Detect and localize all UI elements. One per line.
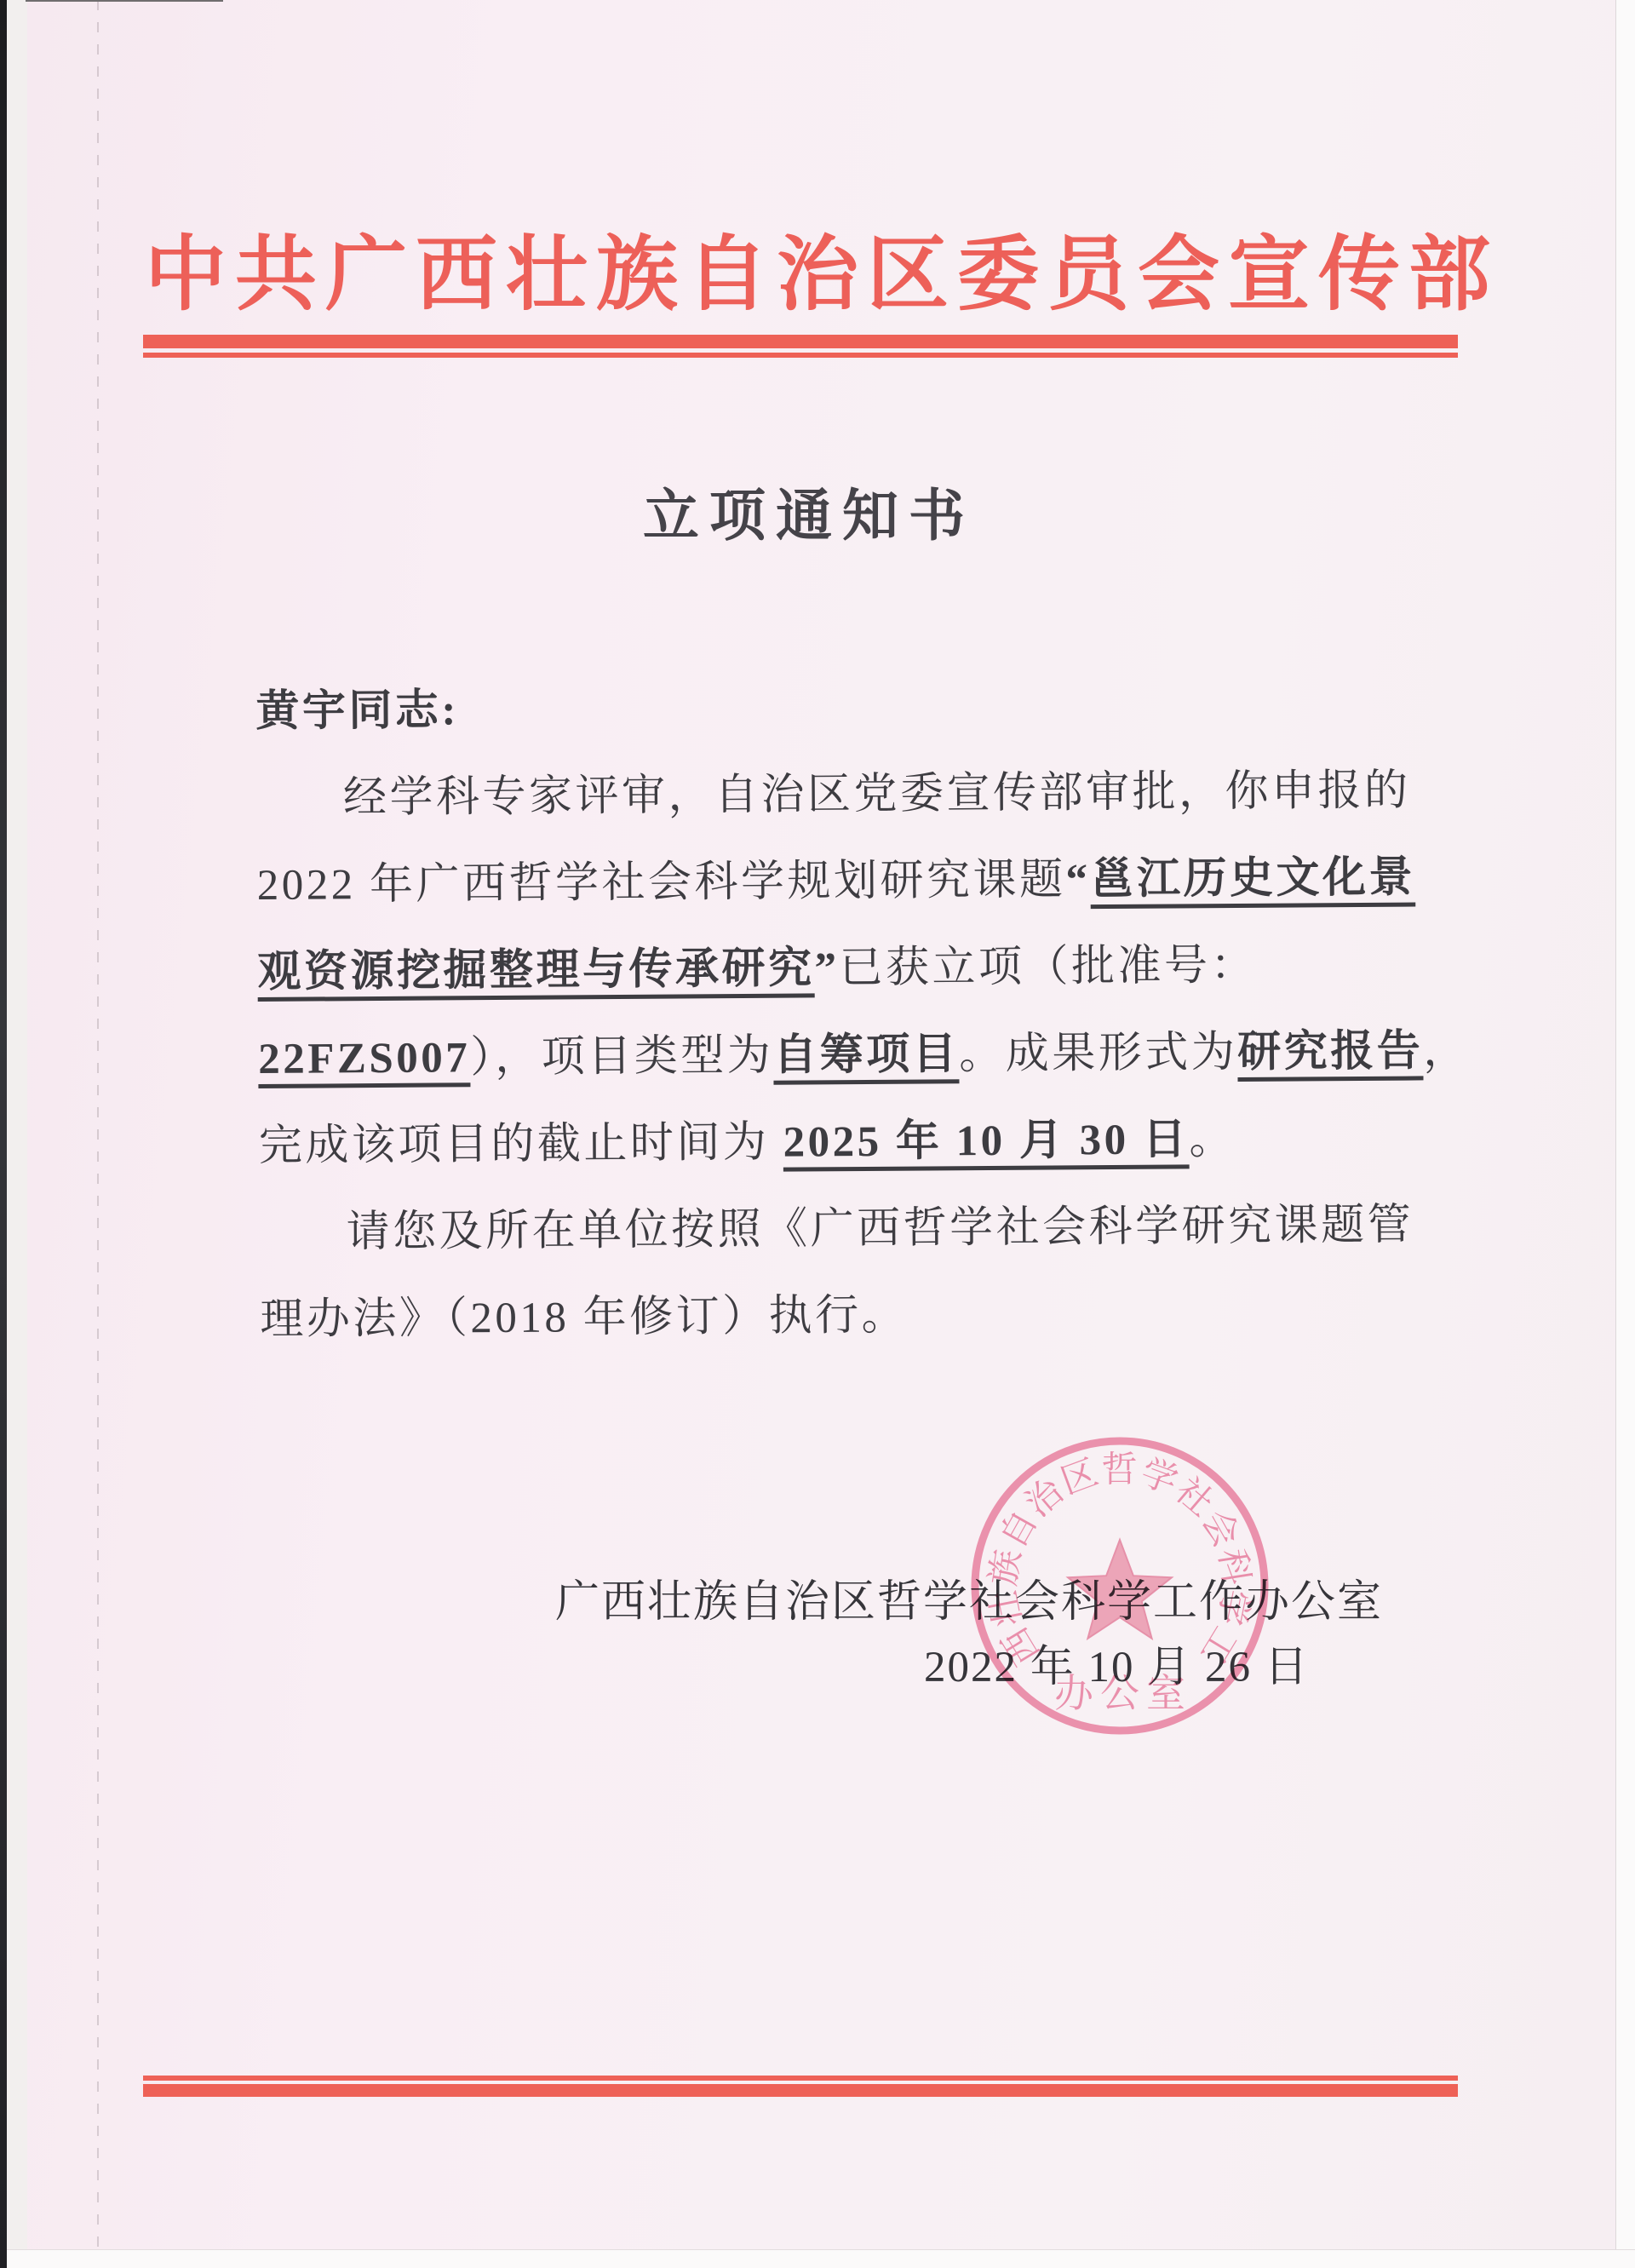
footer-rule-thick [143,2084,1458,2097]
body-text-segment: ），项目类型为 [470,1032,773,1082]
body-text-segment: 。成果形式为 [959,1029,1237,1078]
document-title: 立项通知书 [17,470,1601,551]
salutation: 黄宇同志: [255,660,1431,755]
scan-edge-left-light [7,0,27,2268]
body-text-segment: 理办法》（2018 年修订）执行。 [260,1292,908,1344]
body-text-segment: 观资源挖掘整理与传承研究 [257,945,814,996]
body-line: 观资源挖掘整理与传承研究”已获立项（批准号： [257,921,1433,1016]
body-text-segment: 22FZS007 [258,1034,470,1083]
scan-edge-right [1615,0,1635,2268]
body-paragraphs: 经学科专家评审，自治区党委宣传部审批，你申报的2022 年广西哲学社会科学规划研… [256,747,1436,1364]
body-text-segment: ， [1423,1027,1470,1075]
body-text-segment: 自筹项目 [773,1031,959,1080]
body-line: 请您及所在单位按照《广西哲学社会科学研究课题管 [259,1181,1435,1277]
body-line: 2022 年广西哲学社会科学规划研究课题“邕江历史文化景 [256,834,1432,929]
body-text-segment: 经学科专家评审，自治区党委宣传部审批，你申报的 [343,767,1411,823]
star-icon [1068,1540,1172,1639]
body-text-segment: 请您及所在单位按照《广西哲学社会科学研究课题管 [346,1202,1414,1257]
body-text-segment: “ [1065,856,1090,904]
body-text-segment: 2022 年广西哲学社会科学规划研究课题 [257,856,1066,910]
header-rule-thick [143,335,1458,348]
body-text-segment: 已获立项（批准号： [839,942,1257,992]
body-text-segment: 邕江历史文化景 [1090,853,1415,904]
scan-edge-top [26,0,223,2]
scan-edge-left-dark [0,0,7,2268]
body-text-segment: 2025 年 10 月 30 日 [783,1116,1189,1166]
letterhead-title: 中共广西壮族自治区委员会宣传部 [0,210,1635,326]
footer-rule-thin [143,2076,1458,2081]
body-text-segment: 研究报告 [1237,1027,1423,1077]
scanned-letter-canvas: 中共广西壮族自治区委员会宣传部 立项通知书 黄宇同志: 经学科专家评审，自治区党… [0,0,1635,2268]
body-text-segment: ” [814,945,839,992]
body-line: 理办法》（2018 年修订）执行。 [260,1268,1436,1364]
body-line: 22FZS007），项目类型为自筹项目。成果形式为研究报告， [258,1008,1434,1103]
header-rule-thin [143,353,1458,358]
scan-edge-bottom [7,2249,1635,2268]
body-text-segment: 完成该项目的截止时间为 [259,1119,783,1170]
body-line: 经学科专家评审，自治区党委宣传部审批，你申报的 [256,747,1432,842]
official-seal-stamp: 广西壮族自治区哲学社会科学工作 办公室 [965,1431,1275,1741]
stamp-bottom-text: 办公室 [1054,1672,1192,1715]
letter-body: 黄宇同志: 经学科专家评审，自治区党委宣传部审批，你申报的2022 年广西哲学社… [255,660,1436,1364]
body-line: 完成该项目的截止时间为 2025 年 10 月 30 日。 [259,1094,1435,1190]
paper-fold-line [97,0,99,2268]
body-text-segment: 。 [1189,1116,1236,1163]
